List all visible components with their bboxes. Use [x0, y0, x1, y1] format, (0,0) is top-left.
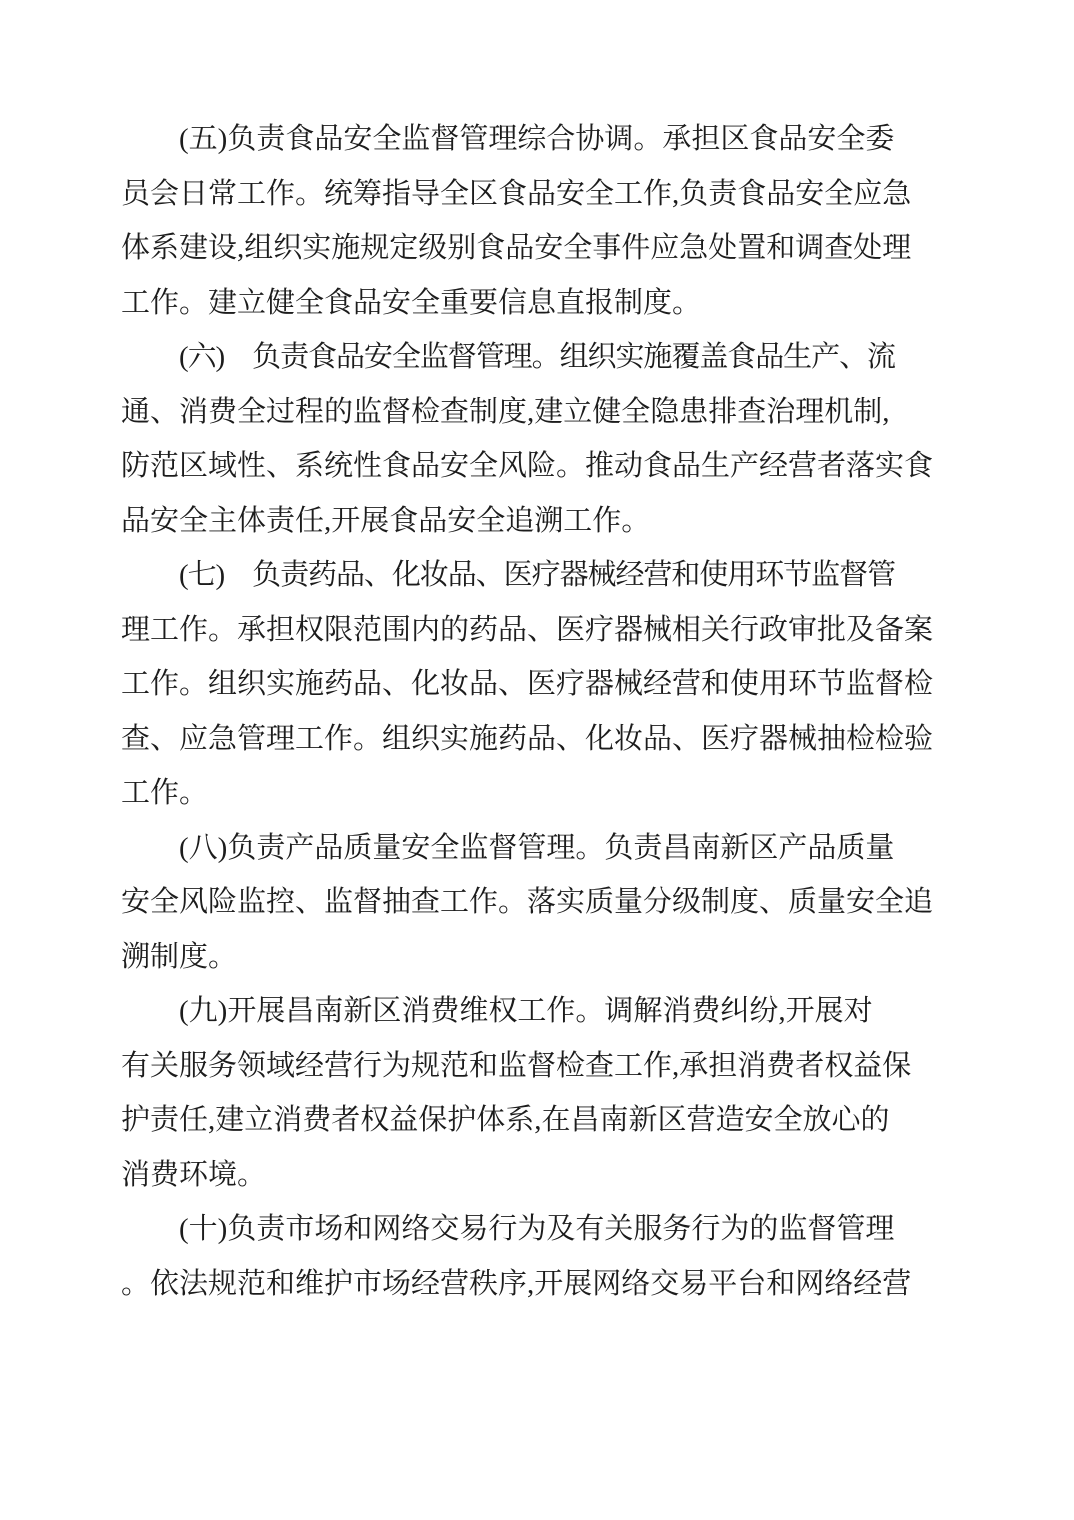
- text-line: 溯制度。: [121, 930, 953, 985]
- text-line: 。依法规范和维护市场经营秩序,开展网络交易平台和网络经营: [121, 1257, 953, 1312]
- text-line: 查、应急管理工作。组织实施药品、化妆品、医疗器械抽检检验: [121, 712, 953, 767]
- text-line: 工作。建立健全食品安全重要信息直报制度。: [121, 276, 953, 331]
- paragraph-item-5: (五)负责食品安全监督管理综合协调。承担区食品安全委 员会日常工作。统筹指导全区…: [121, 112, 953, 330]
- text-line: 防范区域性、系统性食品安全风险。推动食品生产经营者落实食: [121, 439, 953, 494]
- paragraph-item-8: (八)负责产品质量安全监督管理。负责昌南新区产品质量 安全风险监控、监督抽查工作…: [121, 821, 953, 985]
- text-line: 通、消费全过程的监督检查制度,建立健全隐患排查治理机制,: [121, 385, 953, 440]
- text-line: (八)负责产品质量安全监督管理。负责昌南新区产品质量: [121, 821, 953, 876]
- text-line: 安全风险监控、监督抽查工作。落实质量分级制度、质量安全追: [121, 875, 953, 930]
- text-line: 护责任,建立消费者权益保护体系,在昌南新区营造安全放心的: [121, 1093, 953, 1148]
- text-line: 体系建设,组织实施规定级别食品安全事件应急处置和调查处理: [121, 221, 953, 276]
- paragraph-item-7: (七) 负责药品、化妆品、医疗器械经营和使用环节监督管 理工作。承担权限范围内的…: [121, 548, 953, 821]
- text-line: (七) 负责药品、化妆品、医疗器械经营和使用环节监督管: [121, 548, 953, 603]
- text-line: 品安全主体责任,开展食品安全追溯工作。: [121, 494, 953, 549]
- document-page: (五)负责食品安全监督管理综合协调。承担区食品安全委 员会日常工作。统筹指导全区…: [0, 0, 1074, 1520]
- text-line: 工作。组织实施药品、化妆品、医疗器械经营和使用环节监督检: [121, 657, 953, 712]
- text-line: (六) 负责食品安全监督管理。组织实施覆盖食品生产、流: [121, 330, 953, 385]
- paragraph-item-10: (十)负责市场和网络交易行为及有关服务行为的监督管理 。依法规范和维护市场经营秩…: [121, 1202, 953, 1311]
- text-line: (十)负责市场和网络交易行为及有关服务行为的监督管理: [121, 1202, 953, 1257]
- text-line: (九)开展昌南新区消费维权工作。调解消费纠纷,开展对: [121, 984, 953, 1039]
- text-line: 员会日常工作。统筹指导全区食品安全工作,负责食品安全应急: [121, 167, 953, 222]
- text-line: 理工作。承担权限范围内的药品、医疗器械相关行政审批及备案: [121, 603, 953, 658]
- text-line: (五)负责食品安全监督管理综合协调。承担区食品安全委: [121, 112, 953, 167]
- paragraph-item-6: (六) 负责食品安全监督管理。组织实施覆盖食品生产、流 通、消费全过程的监督检查…: [121, 330, 953, 548]
- paragraph-item-9: (九)开展昌南新区消费维权工作。调解消费纠纷,开展对 有关服务领域经营行为规范和…: [121, 984, 953, 1202]
- text-line: 有关服务领域经营行为规范和监督检查工作,承担消费者权益保: [121, 1039, 953, 1094]
- text-line: 工作。: [121, 766, 953, 821]
- text-line: 消费环境。: [121, 1148, 953, 1203]
